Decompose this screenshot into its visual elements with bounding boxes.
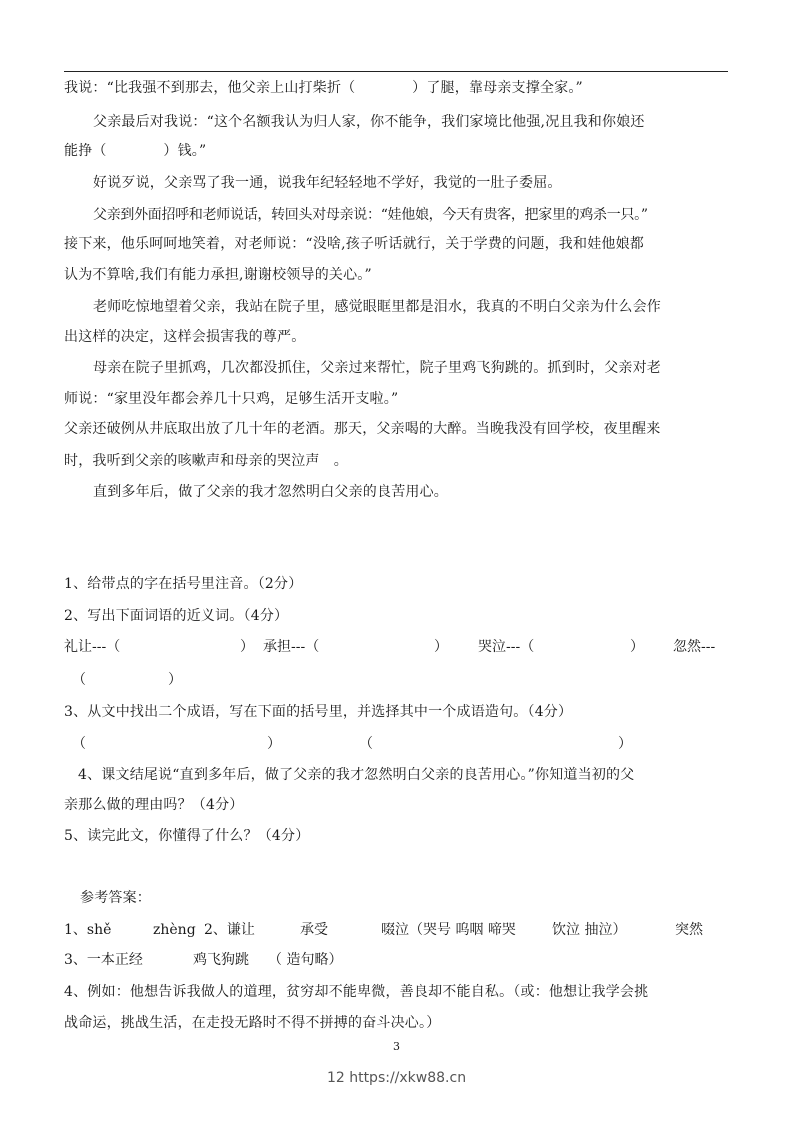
synonym-item-lirang: 礼让---（: [64, 637, 120, 657]
synonym-item-huran: 忽然---: [673, 637, 715, 657]
passage-line: 出这样的决定，这样会损害我的尊严。: [64, 327, 305, 347]
passage-line: 父亲还破例从井底取出放了几十年的老酒。那天，父亲喝的大醉。当晚我没有回学校，夜里…: [64, 419, 660, 439]
synonym-blank-close[interactable]: ）: [240, 637, 254, 657]
answer-synonym-chengshou: 承受: [300, 920, 328, 940]
synonym-blank-open[interactable]: （: [72, 670, 86, 690]
answer-synonym-turan: 突然: [675, 920, 703, 940]
passage-line: 父亲最后对我说：“这个名额我认为归人家，你不能争，我们家境比他强,况且我和你娘还: [93, 112, 645, 132]
answer-4: 4、例如：他想告诉我做人的道理，贫穷却不能卑微，善良却不能自私。（或：他想让我学…: [64, 982, 648, 1002]
passage-line: 接下来，他乐呵呵地笑着，对老师说：“没啥,孩子听话就行，关于学费的问题，我和娃他…: [64, 234, 644, 254]
answer-idiom-1: 3、一本正经: [64, 950, 143, 970]
question-2-row2: （ ）: [64, 670, 264, 690]
question-4-cont: 亲那么做的理由吗？（4分）: [64, 795, 244, 815]
footer-watermark: 12 https://xkw88.cn: [0, 1070, 793, 1086]
page-number: 3: [0, 1040, 793, 1053]
answer-idiom-2: 鸡飞狗跳: [193, 950, 249, 970]
passage-line: 老师吃惊地望着父亲，我站在院子里，感觉眼眶里都是泪水，我真的不明白父亲为什么会作: [93, 297, 661, 317]
idiom-blank-close[interactable]: ）: [267, 734, 281, 754]
idiom-blank-open[interactable]: （: [359, 734, 373, 754]
header-rule: [64, 71, 728, 72]
question-1: 1、给带点的字在括号里注音。（2分）: [64, 574, 302, 594]
answer-synonym-chuoqi: 啜泣（哭号 呜咽 啼哭: [381, 920, 516, 940]
idiom-blank-open[interactable]: （: [72, 734, 86, 754]
answer-1-2: 1、shě zhèng 2、谦让 承受 啜泣（哭号 呜咽 啼哭 饮泣 抽泣） 突…: [64, 920, 734, 940]
answer-sentence-note: （ 造句略）: [268, 950, 342, 970]
synonym-item-kuqi: 哭泣---（: [478, 637, 534, 657]
question-5: 5、读完此文，你懂得了什么？（4分）: [64, 826, 309, 846]
answer-3: 3、一本正经 鸡飞狗跳 （ 造句略）: [64, 950, 464, 970]
passage-line: 认为不算啥,我们有能力承担,谢谢校领导的关心。”: [64, 265, 372, 285]
answer-synonym-qianrang: 2、谦让: [204, 920, 255, 940]
answer-pinyin-zheng: zhèng: [153, 920, 196, 940]
synonym-blank-close[interactable]: ）: [168, 670, 182, 690]
answer-synonym-yinqi: 饮泣 抽泣）: [552, 920, 626, 940]
question-4: 4、课文结尾说“直到多年后，做了父亲的我才忽然明白父亲的良苦用心。”你知道当初的…: [78, 765, 634, 785]
synonym-blank-close[interactable]: ）: [630, 637, 644, 657]
passage-line: 父亲到外面招呼和老师说话，转回头对母亲说：“娃他娘，今天有贵客，把家里的鸡杀一只…: [93, 205, 648, 225]
passage-line: 母亲在院子里抓鸡，几次都没抓住，父亲过来帮忙，院子里鸡飞狗跳的。抓到时，父亲对老: [93, 358, 661, 378]
question-2: 2、写出下面词语的近义词。（4分）: [64, 606, 288, 626]
question-2-synonym-row: 礼让---（ ） 承担---（ ） 哭泣---（ ） 忽然---: [64, 637, 734, 657]
synonym-item-chengdan: 承担---（: [263, 637, 319, 657]
passage-line: 好说歹说，父亲骂了我一通，说我年纪轻轻地不学好，我觉的一肚子委屈。: [93, 173, 562, 193]
passage-line: 直到多年后，做了父亲的我才忽然明白父亲的良苦用心。: [93, 482, 448, 502]
passage-line: 能挣（ ）钱。”: [64, 141, 206, 161]
passage-line: 师说：“家里没年都会养几十只鸡，足够生活开支啦。”: [64, 389, 398, 409]
passage-line: 时，我听到父亲的咳嗽声和母亲的哭泣声 。: [64, 451, 348, 471]
answer-pinyin-she: 1、shě: [64, 920, 111, 940]
synonym-blank-close[interactable]: ）: [434, 637, 448, 657]
answer-header: 参考答案：: [80, 888, 151, 908]
idiom-blank-close[interactable]: ）: [618, 734, 632, 754]
answer-4-cont: 战命运，挑战生活，在走投无路时不得不拼搏的奋斗决心。）: [64, 1013, 440, 1033]
question-3: 3、从文中找出二个成语，写在下面的括号里，并选择其中一个成语造句。（4分）: [64, 702, 572, 722]
question-3-blanks: （ ） （ ）: [64, 734, 734, 754]
passage-line: 我说：“比我强不到那去，他父亲上山打柴折（ ）了腿，靠母亲支撑全家。”: [64, 78, 583, 98]
